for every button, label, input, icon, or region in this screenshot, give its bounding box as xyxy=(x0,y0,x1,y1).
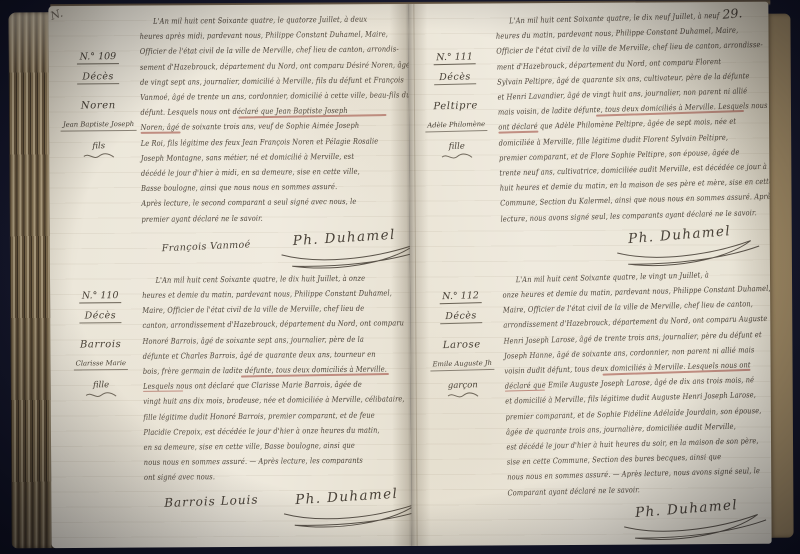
manuscript-text: L'An mil huit cent Soixante quatre, le d… xyxy=(142,270,409,485)
relation-note: fille xyxy=(415,141,499,153)
deceased-surname: Barrois xyxy=(59,339,143,351)
signature-row: Ph. Duhamel xyxy=(501,220,766,268)
manuscript-line: Vanmoé, âgé de trente un ans, cordonnier… xyxy=(140,87,405,105)
signature: Ph. Duhamel xyxy=(292,227,396,249)
margin-annotation: N.° 109 Décès Noren Jean Baptiste Joseph… xyxy=(55,14,141,269)
signature: Barrois Louis xyxy=(164,492,259,509)
act-body: L'An mil huit cent Soixante quatre, le d… xyxy=(142,270,408,526)
flourish-ornament-icon xyxy=(440,152,474,161)
manuscript-line: ont signé avec nous. xyxy=(144,468,409,486)
act-body: L'An mil huit cent Soixante quatre, le d… xyxy=(495,7,765,267)
manuscript-line: Le Roi, fils légitime des feux Jean Fran… xyxy=(141,133,406,151)
death-record-entry: N.° 111 Décès Peltipre Adèle Philomène f… xyxy=(411,7,765,270)
act-number: N.° 111 xyxy=(433,51,476,65)
deceased-surname: Noren xyxy=(56,100,140,112)
left-page-content: N.° 109 Décès Noren Jean Baptiste Joseph… xyxy=(48,4,411,548)
signature-flourish-icon xyxy=(619,508,771,546)
act-category: Décès xyxy=(80,310,122,323)
relation-note: fils xyxy=(57,141,141,152)
manuscript-line: canton, arrondissement d'Hazebrouck, dép… xyxy=(142,316,407,334)
signature-flourish-icon xyxy=(279,497,411,536)
flourish-ornament-icon xyxy=(82,152,116,160)
right-page: 29. N.° 111 Décès Peltipre Adèle Philomè… xyxy=(408,2,771,546)
act-category: Décès xyxy=(434,71,476,85)
act-body: L'An mil huit cent Soixante quatre, le q… xyxy=(139,11,405,267)
signature-row: Barrois LouisPh. Duhamel xyxy=(144,483,408,527)
left-page: N. N.° 109 Décès Noren Jean Baptiste Jos… xyxy=(48,4,411,548)
act-category: Décès xyxy=(77,71,119,84)
manuscript-text: L'An mil huit cent Soixante quatre, le q… xyxy=(139,11,406,226)
signature: Ph. Duhamel xyxy=(627,223,731,247)
signature-row: Ph. Duhamel xyxy=(508,494,772,542)
manuscript-text: L'An mil huit cent Soixante quatre, le d… xyxy=(495,7,765,226)
death-record-entry: N.° 110 Décès Barrois Clarisse Marie fil… xyxy=(58,270,408,527)
act-number: N.° 112 xyxy=(439,290,482,304)
signature-row: François VanmoéPh. Duhamel xyxy=(142,224,406,268)
deceased-given-names: Jean Baptiste Joseph xyxy=(61,120,136,132)
page-number: 29. xyxy=(722,5,743,21)
manuscript-line: bois, frère germain de ladite défunte, t… xyxy=(143,361,408,379)
right-page-content: N.° 111 Décès Peltipre Adèle Philomène f… xyxy=(408,2,771,546)
manuscript-line: heures et demie du matin, pardevant nous… xyxy=(142,285,407,303)
manuscript-text: L'An mil huit cent Soixante quatre, le v… xyxy=(502,266,772,501)
signature: Ph. Duhamel xyxy=(295,485,399,507)
deceased-given-names: Adèle Philomène xyxy=(425,120,487,133)
register-photo: N. N.° 109 Décès Noren Jean Baptiste Jos… xyxy=(0,0,800,554)
death-record-entry: N.° 109 Décès Noren Jean Baptiste Joseph… xyxy=(55,11,405,268)
margin-annotation: N.° 110 Décès Barrois Clarisse Marie fil… xyxy=(58,273,144,528)
flourish-ornament-icon xyxy=(84,391,118,399)
page-spread: N. N.° 109 Décès Noren Jean Baptiste Jos… xyxy=(48,2,771,548)
act-number: N.° 110 xyxy=(79,290,122,303)
death-record-entry: N.° 112 Décès Larose Emile Auguste Jh ga… xyxy=(418,266,772,544)
signature: Ph. Duhamel xyxy=(634,497,738,521)
margin-annotation: N.° 112 Décès Larose Emile Auguste Jh ga… xyxy=(418,272,509,543)
manuscript-line: premier ayant déclaré ne le savoir. xyxy=(141,209,406,227)
deceased-given-names: Clarisse Marie xyxy=(74,359,129,371)
flourish-ornament-icon xyxy=(446,391,480,400)
relation-note: garçon xyxy=(421,379,505,391)
act-category: Décès xyxy=(440,310,482,324)
deceased-given-names: Emile Auguste Jh xyxy=(430,359,494,372)
register-book: N. N.° 109 Décès Noren Jean Baptiste Jos… xyxy=(8,0,793,552)
margin-annotation: N.° 111 Décès Peltipre Adèle Philomène f… xyxy=(411,14,501,270)
act-body: L'An mil huit cent Soixante quatre, le v… xyxy=(502,266,772,542)
signature: François Vanmoé xyxy=(162,239,251,254)
relation-note: fille xyxy=(59,380,143,391)
manuscript-line: Placidie Crepoix, est décédée le jour d'… xyxy=(143,422,408,440)
act-number: N.° 109 xyxy=(77,51,120,64)
